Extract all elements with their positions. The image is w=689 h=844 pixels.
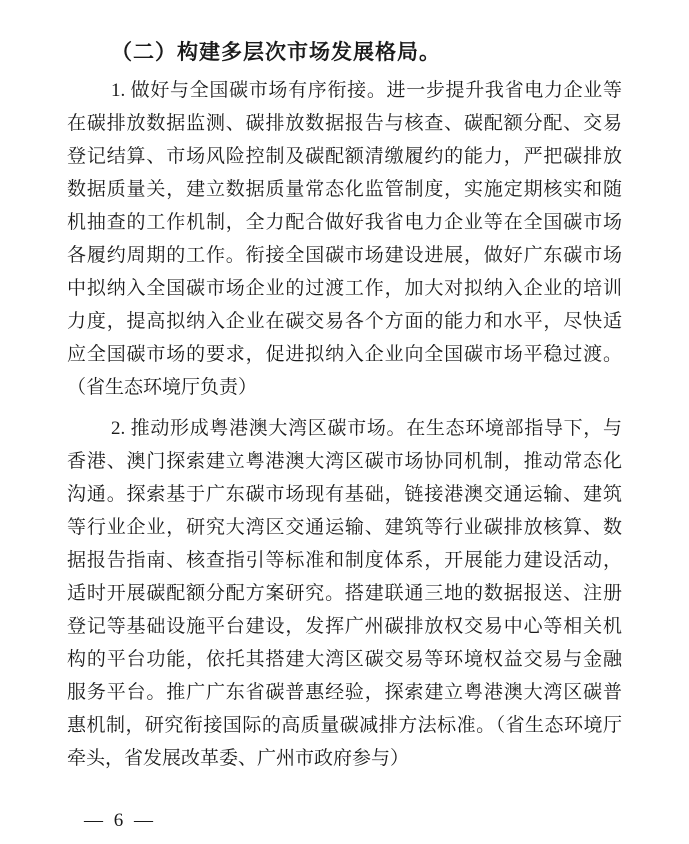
section-heading: （二）构建多层次市场发展格局。: [67, 36, 622, 69]
text-line: 等行业企业，研究大湾区交通运输、建筑等行业碳排放核算、数: [67, 511, 622, 544]
text-line: 机抽查的工作机制，全力配合做好我省电力企业等在全国碳市场: [67, 206, 622, 239]
text-line: 在碳排放数据监测、碳排放数据报告与核查、碳配额分配、交易: [67, 107, 622, 140]
text-line: （省生态环境厅负责）: [67, 371, 622, 404]
text-line: 适时开展碳配额分配方案研究。搭建联通三地的数据报送、注册: [67, 577, 622, 610]
text-line: 香港、澳门探索建立粤港澳大湾区碳市场协同机制，推动常态化: [67, 445, 622, 478]
text-line: 登记结算、市场风险控制及碳配额清缴履约的能力，严把碳排放: [67, 140, 622, 173]
text-line: 中拟纳入全国碳市场企业的过渡工作，加大对拟纳入企业的培训: [67, 272, 622, 305]
text-line: 据报告指南、核查指引等标准和制度体系，开展能力建设活动，: [67, 544, 622, 577]
text-line: 惠机制，研究衔接国际的高质量碳减排方法标准。（省生态环境厅: [67, 709, 622, 742]
paragraph-2: 2. 推动形成粤港澳大湾区碳市场。在生态环境部指导下，与香港、澳门探索建立粤港澳…: [67, 412, 622, 775]
text-line: 牵头，省发展改革委、广州市政府参与）: [67, 742, 622, 775]
paragraph-1: 1. 做好与全国碳市场有序衔接。进一步提升我省电力企业等在碳排放数据监测、碳排放…: [67, 74, 622, 404]
page-number: — 6 —: [84, 810, 156, 832]
text-line: 服务平台。推广广东省碳普惠经验，探索建立粤港澳大湾区碳普: [67, 676, 622, 709]
text-line: 登记等基础设施平台建设，发挥广州碳排放权交易中心等相关机: [67, 610, 622, 643]
text-line: 构的平台功能，依托其搭建大湾区碳交易等环境权益交易与金融: [67, 643, 622, 676]
document-body: （二）构建多层次市场发展格局。 1. 做好与全国碳市场有序衔接。进一步提升我省电…: [67, 36, 622, 775]
text-line: 沟通。探索基于广东碳市场现有基础，链接港澳交通运输、建筑: [67, 478, 622, 511]
document-page: （二）构建多层次市场发展格局。 1. 做好与全国碳市场有序衔接。进一步提升我省电…: [0, 0, 689, 844]
text-line: 2. 推动形成粤港澳大湾区碳市场。在生态环境部指导下，与: [67, 412, 622, 445]
text-line: 各履约周期的工作。衔接全国碳市场建设进展，做好广东碳市场: [67, 239, 622, 272]
text-line: 1. 做好与全国碳市场有序衔接。进一步提升我省电力企业等: [67, 74, 622, 107]
text-line: 力度，提高拟纳入企业在碳交易各个方面的能力和水平，尽快适: [67, 305, 622, 338]
text-line: 数据质量关，建立数据质量常态化监管制度，实施定期核实和随: [67, 173, 622, 206]
text-line: 应全国碳市场的要求，促进拟纳入企业向全国碳市场平稳过渡。: [67, 338, 622, 371]
